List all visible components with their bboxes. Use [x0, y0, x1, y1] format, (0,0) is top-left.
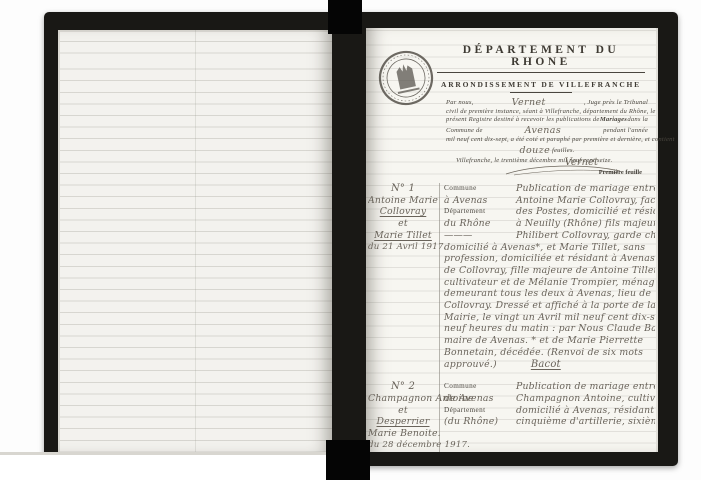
entry-body: Commune à Avenas Département du Rhône ——…	[438, 183, 655, 370]
register-line: cinquième d'artillerie, sixième	[516, 416, 655, 428]
preamble-line: présent Registre destiné à recevoir les …	[446, 116, 648, 125]
register-line: Publication de mariage entre :	[516, 183, 655, 195]
printed-text: , Juge près le Tribunal	[584, 99, 648, 108]
official-seal-icon	[373, 45, 439, 111]
printed-text: présent Registre destiné à recevoir les …	[446, 116, 600, 125]
register-line: maire de Avenas. * et de Marie Pierrette	[444, 335, 655, 347]
printed-text: Par nous,	[446, 99, 473, 108]
commune-column: Commune à Avenas Département du Rhône ——…	[444, 183, 516, 242]
margin-name: Antoine Marie	[368, 195, 438, 207]
entry-body: Commune de Avenas Département (du Rhône)…	[438, 381, 655, 451]
department-title: DÉPARTEMENT DU RHONE	[430, 44, 652, 68]
printed-text: dans la	[627, 116, 648, 125]
preamble-line: Commune de Avenas pendant l'année	[446, 125, 648, 136]
sheet-number-label: Première feuille	[599, 169, 642, 176]
right-register-page: DÉPARTEMENT DU RHONE ARRONDISSEMENT DE V…	[366, 28, 658, 452]
register-line: Mairie, le vingt un Avril mil neuf cent …	[444, 312, 655, 324]
register-line: de Collovray, fille majeure de Antoine T…	[444, 265, 655, 277]
scanner-background	[0, 452, 336, 480]
register-line: Bonnetain, décédée. (Renvoi de six mots	[444, 347, 655, 359]
commune-column: Commune de Avenas Département (du Rhône)	[444, 381, 516, 428]
entry-number: N° 1	[368, 183, 438, 195]
register-line: à Neuilly (Rhône) fils majeur de	[516, 218, 655, 230]
mariages-emphasis: Mariages	[600, 116, 627, 125]
page-header: DÉPARTEMENT DU RHONE ARRONDISSEMENT DE V…	[430, 44, 652, 93]
column-dash: ———	[444, 230, 516, 242]
entry-first-lines: Publication de mariage entre : Antoine M…	[516, 183, 655, 242]
margin-rule	[439, 183, 440, 452]
left-blank-ruled-page	[58, 30, 332, 452]
handwritten-judge-name: Vernet	[512, 98, 546, 108]
margin-et: et	[368, 218, 438, 230]
register-entries: N° 1 Antoine Marie Collovray et Marie Ti…	[368, 183, 655, 452]
entry-margin: N° 2 Champagnon Antoine et Desperrier Ma…	[368, 381, 438, 451]
margin-name: Marie Tillet	[368, 230, 438, 242]
register-line: Philibert Collovray, garde champêtre,	[516, 230, 655, 242]
register-entry-2: N° 2 Champagnon Antoine et Desperrier Ma…	[368, 381, 655, 451]
judge-signature: Vernet	[565, 157, 598, 168]
commune-label: Commune	[444, 183, 516, 195]
departement-value: (du Rhône)	[444, 416, 516, 428]
commune-value: à Avenas	[444, 195, 516, 207]
margin-name: Desperrier	[368, 416, 438, 428]
register-line: domicilié à Avenas*, et Marie Tillet, sa…	[444, 242, 655, 254]
register-line: Champagnon Antoine, cultivateur	[516, 393, 655, 405]
preamble-line: mil neuf cent dix-sept, a été coté et pa…	[446, 136, 648, 145]
margin-date: du 28 décembre 1917.	[368, 440, 438, 452]
printed-text: pendant l'année	[603, 127, 648, 136]
spine-notch-bottom	[326, 440, 370, 480]
spine-notch-top	[328, 0, 362, 34]
arrondissement-subtitle: ARRONDISSEMENT DE VILLEFRANCHE	[430, 80, 652, 89]
register-line: demeurant tous les deux à Avenas, lieu d…	[444, 288, 655, 300]
register-line: des Postes, domicilié et résidant	[516, 206, 655, 218]
printed-text: feuilles.	[552, 147, 575, 154]
register-line: Publication de mariage entre :	[516, 381, 655, 393]
scanned-register-spread: DÉPARTEMENT DU RHONE ARRONDISSEMENT DE V…	[0, 0, 701, 480]
preamble-line: civil de première instance, séant à Vill…	[446, 108, 648, 117]
header-rule	[437, 72, 645, 73]
entry-first-lines: Publication de mariage entre : Champagno…	[516, 381, 655, 428]
margin-name: Marie Benoite.	[368, 428, 438, 440]
register-entry-1: N° 1 Antoine Marie Collovray et Marie Ti…	[368, 183, 655, 370]
entry-margin: N° 1 Antoine Marie Collovray et Marie Ti…	[368, 183, 438, 370]
margin-name: Champagnon Antoine	[368, 393, 438, 405]
register-line: domicilié à Avenas, résidant au	[516, 405, 655, 417]
preamble-line: Par nous, Vernet , Juge près le Tribunal	[446, 97, 648, 108]
entry-number: N° 2	[368, 381, 438, 393]
margin-date: du 21 Avril 1917.	[368, 242, 438, 254]
margin-et: et	[368, 405, 438, 417]
register-line: Antoine Marie Collovray, facteur	[516, 195, 655, 207]
register-line: Collovray. Dressé et affiché à la porte …	[444, 300, 655, 312]
commune-label: Commune	[444, 381, 516, 393]
register-line: approuvé.)	[444, 359, 497, 371]
commune-value: de Avenas	[444, 393, 516, 405]
mayor-signature: Bacot	[531, 359, 561, 371]
departement-value: du Rhône	[444, 218, 516, 230]
margin-name: Collovray	[368, 206, 438, 218]
printed-text: Commune de	[446, 127, 483, 136]
register-line: profession, domiciliée et résidant à Ave…	[444, 253, 655, 265]
register-line: neuf heures du matin : par Nous Claude B…	[444, 323, 655, 335]
subheader-rule	[510, 92, 572, 93]
departement-label: Département	[444, 206, 516, 218]
departement-label: Département	[444, 405, 516, 417]
handwritten-commune-name: Avenas	[525, 126, 562, 136]
register-line: cultivateur et de Mélanie Trompier, ména…	[444, 277, 655, 289]
